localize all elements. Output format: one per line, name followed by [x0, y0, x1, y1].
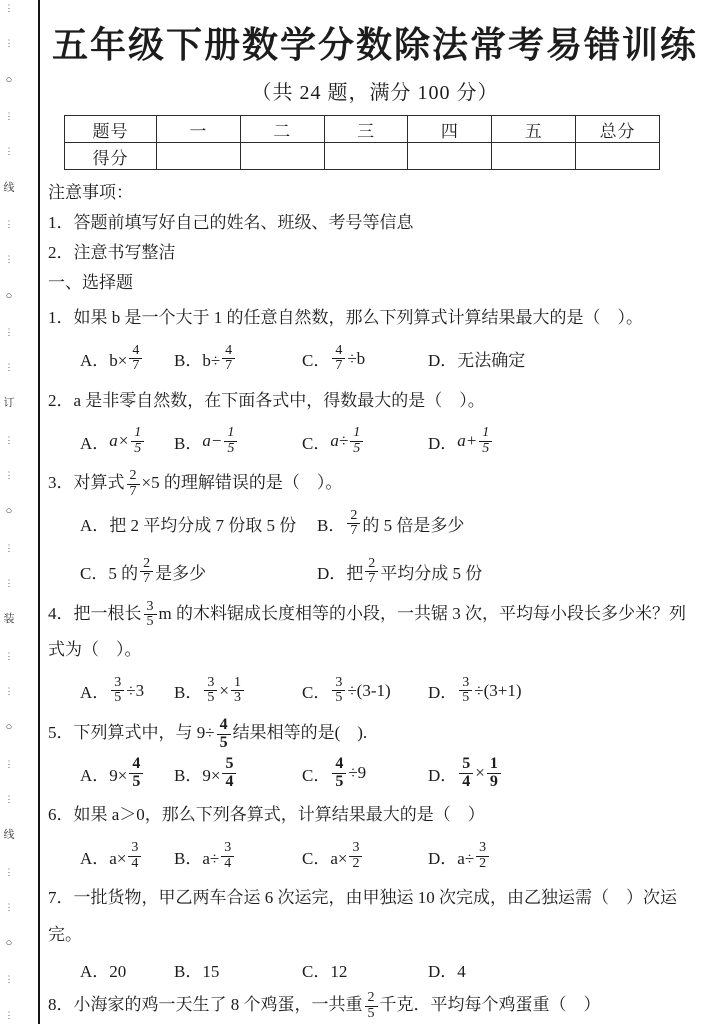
score-table: 题号 一 二 三 四 五 总分 得分 — [64, 115, 660, 170]
binding-dash-mark: ⋮ — [5, 255, 14, 264]
binding-char: ○ — [6, 75, 13, 86]
text-run: D．无法确定 — [428, 346, 525, 371]
text-run: a× — [109, 431, 129, 451]
section-heading: 一、选择题 — [48, 268, 702, 298]
text-run: D． — [428, 678, 457, 703]
text-run: a+ — [457, 431, 477, 451]
text-run: ÷(3+1) — [474, 681, 521, 701]
fraction: 19 — [487, 756, 501, 791]
question-4-stem: 4．把一根长35m 的木料锯成长度相等的小段，一共锯 3 次，平均每小段长多少米… — [48, 596, 702, 669]
option-b: B．35×13 — [174, 669, 302, 713]
binding-dash-mark: ⋮ — [5, 328, 14, 337]
option-c: C．a×32 — [302, 834, 428, 878]
option-c: C．12 — [302, 953, 428, 985]
text-run: B． — [174, 429, 202, 454]
text-run: C． — [302, 429, 330, 454]
option-d: D．把27平均分成 5 份 — [317, 550, 702, 594]
text-run: B． — [174, 678, 202, 703]
fraction: 25 — [365, 991, 378, 1021]
option-a: A．把 2 平均分成 7 份取 5 份 — [80, 502, 317, 546]
option-c: C．35÷(3-1) — [302, 669, 428, 713]
question-6: 6．如果 a＞0，那么下列各算式，计算结果最大的是（ ） A．a×34 B．a÷… — [48, 797, 702, 878]
text-run: 结果相等的是( ). — [233, 723, 368, 742]
question-2-options: A．a×15 B．a−15 C．a÷15 D．a+15 — [80, 419, 702, 463]
text-run: A．b× — [80, 346, 127, 371]
fraction: 15 — [479, 426, 492, 456]
binding-dash-mark: ⋮ — [5, 903, 14, 912]
fraction: 13 — [231, 676, 244, 706]
text-run: C．12 — [302, 957, 347, 982]
binding-dash-mark: ⋮ — [5, 39, 14, 48]
text-run: A．9× — [80, 761, 127, 786]
question-2: 2．a 是非零自然数，在下面各式中，得数最大的是（ ）。 A．a×15 B．a−… — [48, 383, 702, 464]
binding-char: 装 — [4, 614, 15, 625]
option-b: B．b÷47 — [174, 337, 302, 381]
option-c: C．5 的27是多少 — [80, 550, 317, 594]
fraction: 27 — [140, 557, 153, 587]
score-table-cell: 题号 — [65, 116, 157, 143]
text-run: B．b÷ — [174, 346, 220, 371]
option-b: B．a−15 — [174, 419, 302, 463]
text-run: 千克．平均每个鸡蛋重（ ） — [380, 995, 601, 1014]
fraction: 35 — [204, 676, 217, 706]
question-8: 8．小海家的鸡一天生了 8 个鸡蛋，一共重25千克．平均每个鸡蛋重（ ） — [48, 987, 702, 1024]
text-run: × — [219, 681, 229, 701]
binding-dash-mark: ⋮ — [5, 687, 14, 696]
score-cell-empty — [157, 143, 241, 170]
score-table-cell: 得分 — [65, 143, 157, 170]
text-run: B．9× — [174, 761, 220, 786]
fraction: 45 — [332, 756, 346, 791]
text-run: ÷(3-1) — [347, 681, 390, 701]
text-run: D． — [428, 761, 457, 786]
binding-char: 线 — [4, 830, 15, 841]
fraction: 32 — [476, 841, 489, 871]
binding-dash-mark: ⋮ — [5, 868, 14, 877]
question-7-options: A．20 B．15 C．12 D．4 — [80, 953, 702, 985]
question-3-stem: 3．对算式27×5 的理解错误的是（ ）。 — [48, 465, 702, 502]
text-run: B． — [317, 511, 345, 536]
exam-page: 五年级下册数学分数除法常考易错训练 （共 24 题，满分 100 分） 题号 一… — [44, 0, 724, 1024]
score-cell-empty — [240, 143, 324, 170]
binding-char: ○ — [6, 938, 13, 949]
binding-dash-mark: ⋮ — [5, 544, 14, 553]
binding-dash-mark: ⋮ — [5, 795, 14, 804]
note-item-2: 2．注意书写整洁 — [48, 238, 702, 268]
text-run: B．15 — [174, 957, 219, 982]
fraction: 35 — [332, 676, 345, 706]
fraction: 34 — [221, 841, 234, 871]
binding-dash-mark: ⋮ — [5, 471, 14, 480]
option-a: A．35÷3 — [80, 669, 174, 713]
text-run: a− — [202, 431, 222, 451]
text-run: a÷ — [330, 431, 348, 451]
text-run: 6．如果 a＞0，那么下列各算式，计算结果最大的是（ ） — [48, 805, 485, 824]
text-run: 4．把一根长 — [48, 604, 142, 623]
question-7-stem: 7．一批货物，甲乙两车合运 6 次运完，由甲独运 10 次完成，由乙独运需（ ）… — [48, 880, 702, 953]
fraction: 32 — [349, 841, 362, 871]
text-run: 平均分成 5 份 — [380, 559, 482, 584]
fraction: 35 — [144, 600, 157, 630]
question-3-options: A．把 2 平均分成 7 份取 5 份 B．27的 5 倍是多少 C．5 的27… — [80, 502, 702, 594]
fraction: 15 — [131, 426, 144, 456]
option-a: A．a×15 — [80, 419, 174, 463]
score-table-score-row: 得分 — [65, 143, 660, 170]
binding-char: 订 — [4, 398, 15, 409]
text-run: C．5 的 — [80, 559, 138, 584]
binding-dash-mark: ⋮ — [5, 579, 14, 588]
binding-char: ○ — [6, 291, 13, 302]
option-b: B．a÷34 — [174, 834, 302, 878]
score-cell-empty — [324, 143, 408, 170]
text-run: A．20 — [80, 957, 126, 982]
score-cell-empty — [408, 143, 492, 170]
binding-dash-mark: ⋮ — [5, 1011, 14, 1020]
text-run: ÷9 — [348, 763, 366, 783]
binding-dash-mark: ⋮ — [5, 652, 14, 661]
score-table-cell: 总分 — [576, 116, 660, 143]
fraction: 54 — [222, 756, 236, 791]
note-item-1: 1．答题前填写好自己的姓名、班级、考号等信息 — [48, 208, 702, 238]
binding-dash-mark: ⋮ — [5, 436, 14, 445]
text-run: D．4 — [428, 957, 466, 982]
option-a: A．b×47 — [80, 337, 174, 381]
binding-char: ○ — [6, 722, 13, 733]
fraction: 35 — [111, 676, 124, 706]
text-run: 的 5 倍是多少 — [362, 511, 464, 536]
text-run: 3．对算式 — [48, 473, 125, 492]
binding-dash-mark: ⋮ — [5, 975, 14, 984]
option-d: D．35÷(3+1) — [428, 669, 702, 713]
text-run: A．把 2 平均分成 7 份取 5 份 — [80, 511, 296, 536]
binding-char: ○ — [6, 506, 13, 517]
binding-dash-mark: ⋮ — [5, 4, 14, 13]
option-b: B．9×54 — [174, 751, 302, 795]
fraction: 47 — [332, 344, 345, 374]
binding-char: 线 — [4, 183, 15, 194]
text-run: 1．如果 b 是一个大于 1 的任意自然数，那么下列算式计算结果最大的是（ ）。 — [48, 308, 643, 327]
option-c: C．a÷15 — [302, 419, 428, 463]
fraction: 54 — [459, 756, 473, 791]
fraction: 15 — [350, 426, 363, 456]
question-6-stem: 6．如果 a＞0，那么下列各算式，计算结果最大的是（ ） — [48, 797, 702, 834]
score-table-cell: 二 — [240, 116, 324, 143]
question-8-stem: 8．小海家的鸡一天生了 8 个鸡蛋，一共重25千克．平均每个鸡蛋重（ ） — [48, 987, 702, 1024]
text-run: D． — [428, 429, 457, 454]
option-a: A．20 — [80, 953, 174, 985]
binding-dash-mark: ⋮ — [5, 760, 14, 769]
option-d: D．a+15 — [428, 419, 702, 463]
question-3: 3．对算式27×5 的理解错误的是（ ）。 A．把 2 平均分成 7 份取 5 … — [48, 465, 702, 594]
fraction: 27 — [347, 509, 360, 539]
text-run: D．a÷ — [428, 844, 474, 869]
fraction: 47 — [129, 344, 142, 374]
fraction: 47 — [222, 344, 235, 374]
text-run: 是多少 — [155, 559, 206, 584]
score-table-cell: 五 — [492, 116, 576, 143]
binding-dash-mark: ⋮ — [5, 220, 14, 229]
text-run: C． — [302, 346, 330, 371]
text-run: 2．a 是非零自然数，在下面各式中，得数最大的是（ ）。 — [48, 391, 485, 410]
question-5-stem: 5．下列算式中，与 9÷45结果相等的是( ). — [48, 715, 702, 752]
score-cell-empty — [492, 143, 576, 170]
text-run: × — [475, 763, 485, 783]
text-run: C． — [302, 761, 330, 786]
score-table-cell: 四 — [408, 116, 492, 143]
text-run: B．a÷ — [174, 844, 219, 869]
text-run: A． — [80, 429, 109, 454]
fraction: 45 — [129, 756, 143, 791]
score-table-header-row: 题号 一 二 三 四 五 总分 — [65, 116, 660, 143]
option-a: A．a×34 — [80, 834, 174, 878]
fraction: 45 — [217, 717, 231, 752]
question-6-options: A．a×34 B．a÷34 C．a×32 D．a÷32 — [80, 834, 702, 878]
fraction: 34 — [128, 841, 141, 871]
question-4: 4．把一根长35m 的木料锯成长度相等的小段，一共锯 3 次，平均每小段长多少米… — [48, 596, 702, 713]
option-b: B．15 — [174, 953, 302, 985]
fraction: 27 — [365, 557, 378, 587]
text-run: ×5 的理解错误的是（ ）。 — [142, 473, 343, 492]
question-5-options: A．9×45 B．9×54 C．45÷9 D．54×19 — [80, 751, 702, 795]
question-5: 5．下列算式中，与 9÷45结果相等的是( ). A．9×45 B．9×54 C… — [48, 715, 702, 796]
binding-dash-mark: ⋮ — [5, 363, 14, 372]
text-run: A．a× — [80, 844, 126, 869]
option-c: C．45÷9 — [302, 751, 428, 795]
binding-dash-mark: ⋮ — [5, 147, 14, 156]
option-d: D．a÷32 — [428, 834, 702, 878]
binding-dash-mark: ⋮ — [5, 112, 14, 121]
question-4-options: A．35÷3 B．35×13 C．35÷(3-1) D．35÷(3+1) — [80, 669, 702, 713]
fraction: 15 — [224, 426, 237, 456]
fraction: 35 — [459, 676, 472, 706]
text-run: A． — [80, 678, 109, 703]
text-run: 8．小海家的鸡一天生了 8 个鸡蛋，一共重 — [48, 995, 363, 1014]
option-d: D．4 — [428, 953, 702, 985]
score-cell-empty — [576, 143, 660, 170]
text-run: 7．一批货物，甲乙两车合运 6 次运完，由甲独运 10 次完成，由乙独运需（ ）… — [48, 888, 677, 944]
question-7: 7．一批货物，甲乙两车合运 6 次运完，由甲独运 10 次完成，由乙独运需（ ）… — [48, 880, 702, 985]
score-table-cell: 一 — [157, 116, 241, 143]
option-d: D．无法确定 — [428, 337, 702, 381]
option-b: B．27的 5 倍是多少 — [317, 502, 702, 546]
question-1-options: A．b×47 B．b÷47 C．47÷b D．无法确定 — [80, 337, 702, 381]
option-a: A．9×45 — [80, 751, 174, 795]
question-1: 1．如果 b 是一个大于 1 的任意自然数，那么下列算式计算结果最大的是（ ）。… — [48, 300, 702, 381]
page-title: 五年级下册数学分数除法常考易错训练 — [48, 24, 702, 67]
fraction: 27 — [127, 469, 140, 499]
option-d: D．54×19 — [428, 751, 702, 795]
text-run: D．把 — [317, 559, 363, 584]
text-run: C．a× — [302, 844, 347, 869]
question-2-stem: 2．a 是非零自然数，在下面各式中，得数最大的是（ ）。 — [48, 383, 702, 420]
score-table-cell: 三 — [324, 116, 408, 143]
text-run: ÷3 — [126, 681, 144, 701]
question-1-stem: 1．如果 b 是一个大于 1 的任意自然数，那么下列算式计算结果最大的是（ ）。 — [48, 300, 702, 337]
binding-margin: ⋮⋮○⋮⋮线⋮⋮○⋮⋮订⋮⋮○⋮⋮装⋮⋮○⋮⋮线⋮⋮○⋮⋮ — [1, 0, 17, 1024]
text-run: ÷b — [347, 349, 365, 369]
text-run: 5．下列算式中，与 9÷ — [48, 723, 215, 742]
text-run: C． — [302, 678, 330, 703]
page-subtitle: （共 24 题，满分 100 分） — [48, 76, 702, 105]
notes-heading: 注意事项： — [48, 178, 702, 208]
option-c: C．47÷b — [302, 337, 428, 381]
binding-line — [38, 0, 40, 1024]
